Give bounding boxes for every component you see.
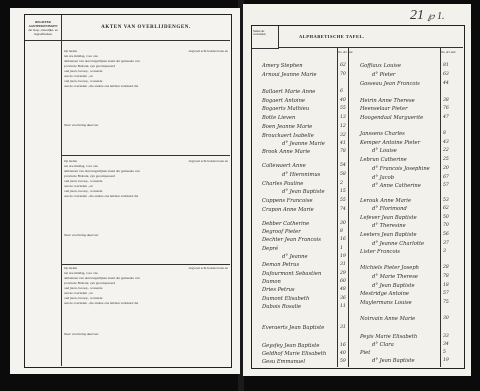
index-entry-number: 41 bbox=[340, 141, 346, 146]
entry-line: aan de overleden , die andere ons hebben… bbox=[64, 194, 230, 199]
column-divider bbox=[440, 48, 441, 367]
index-entry-name: d° Jean Baptiste bbox=[372, 283, 415, 289]
index-entry-number: 70 bbox=[443, 223, 449, 228]
index-entry-number: 78 bbox=[340, 149, 346, 154]
index-entry-name: Amery Stephen bbox=[262, 63, 303, 69]
index-entry-number: 28 bbox=[443, 265, 449, 270]
death-record-entry: dagwaal acht honderd een en Op heden ten… bbox=[64, 266, 230, 337]
index-entry-number: 18 bbox=[443, 283, 449, 288]
index-entry-name: Kemper Antoine Pieter bbox=[360, 140, 420, 146]
entry-date-note: dagwaal acht honderd een en bbox=[189, 159, 228, 164]
entry-line: aan de overleden , die andere ons hebben… bbox=[64, 301, 230, 306]
index-entry-name: d° Hieronimus bbox=[282, 172, 320, 178]
index-entry-number: 5 bbox=[443, 350, 446, 355]
index-entry-number: 62 bbox=[443, 206, 449, 211]
index-entry-number: 33 bbox=[443, 334, 449, 339]
index-entry-number: 32 bbox=[340, 133, 346, 138]
index-entry-name: Mestridge Antoine bbox=[360, 291, 409, 297]
index-entry-number: 38 bbox=[443, 98, 449, 103]
index-entry-number: 19 bbox=[340, 254, 346, 259]
index-entry-name: Debber Catherine bbox=[262, 221, 309, 227]
index-entry-number: 58 bbox=[340, 172, 346, 177]
index-entry-number: 11 bbox=[340, 304, 346, 309]
index-entry-number: 47 bbox=[443, 115, 449, 120]
index-entry-name: Botte Lieven bbox=[262, 115, 295, 121]
index-entry-name: Dubois Rosalie bbox=[262, 304, 301, 310]
index-entry-number: 81 bbox=[443, 63, 449, 68]
index-entry-number: 25 bbox=[443, 157, 449, 162]
index-entry-number: 62 bbox=[340, 63, 346, 68]
index-entry-number: 76 bbox=[443, 106, 449, 111]
index-entry-number: 55 bbox=[340, 198, 346, 203]
entry-divider bbox=[62, 264, 230, 265]
index-entry-name: d° Francois Josephine bbox=[372, 166, 430, 172]
index-entry-name: Geldhof Marie Elisabeth bbox=[262, 351, 326, 357]
index-entry-number: 13 bbox=[340, 115, 346, 120]
index-entry-name: Dumont Elisabeth bbox=[262, 296, 309, 302]
index-entry-number: 75 bbox=[443, 300, 449, 305]
index-entry-number: 40 bbox=[340, 351, 346, 356]
index-entry-number: 78 bbox=[443, 274, 449, 279]
col-number-header: No. der akte bbox=[338, 50, 353, 54]
index-entry-number: 29 bbox=[340, 271, 346, 276]
index-entry-name: Dumon bbox=[262, 279, 281, 285]
index-entry-name: Goffiaux Louise bbox=[360, 63, 401, 69]
column-divider bbox=[337, 48, 338, 367]
index-entry-name: Dries Petrus bbox=[262, 287, 295, 293]
index-entry-name: Ballaert Marie Anne bbox=[262, 89, 315, 95]
index-entry-name: Brouckaert Isabelle bbox=[262, 133, 314, 139]
column-divider bbox=[348, 48, 349, 367]
index-entry-name: Everaerts Jean Baptiste bbox=[262, 325, 324, 331]
page-number: 21 ℘ 1. bbox=[410, 8, 444, 24]
index-entry-name: Lefever Jean Baptiste bbox=[360, 215, 417, 221]
index-entry-number: 1 bbox=[340, 246, 343, 251]
index-entry-number: 44 bbox=[443, 81, 449, 86]
index-entry-name: Muylermans Louise bbox=[360, 300, 412, 306]
index-entry-name: d° Jeanne Marie bbox=[282, 141, 325, 147]
index-entry-name: Gesu Emmanuel bbox=[262, 359, 305, 365]
left-header-box: REGISTER AANTEEKENINGEN der doop-, huwel… bbox=[25, 15, 62, 41]
index-entry-name: Geysfey Jean Baptiste bbox=[262, 343, 319, 349]
index-entry-number: 54 bbox=[340, 163, 346, 168]
index-entry-number: 57 bbox=[443, 183, 449, 188]
index-entry-name: Deman Petrus bbox=[262, 262, 299, 268]
index-entry-number: 60 bbox=[340, 279, 346, 284]
index-entry-name: Depré bbox=[262, 246, 278, 252]
index-entry-name: Piet bbox=[360, 350, 370, 356]
index-entry-name: Peyis Marie Elisabeth bbox=[360, 334, 417, 340]
index-entry-name: d° Jean Baptiste bbox=[372, 358, 415, 364]
index-entry-number: 34 bbox=[443, 342, 449, 347]
index-entry-name: d° Jacob bbox=[372, 175, 394, 181]
entry-date-note: dagwaal acht honderd een en bbox=[189, 49, 228, 54]
index-entry-name: Heirin Anne Therese bbox=[360, 98, 415, 104]
left-page-title: AKTEN VAN OVERLIJDENGEN. bbox=[62, 15, 230, 41]
index-entry-name: Callewaert Anne bbox=[262, 163, 306, 169]
index-entry-number: 63 bbox=[443, 72, 449, 77]
index-entry-name: Bogaerts Mathieu bbox=[262, 106, 309, 112]
index-entry-name: Cuppens Francoise bbox=[262, 198, 313, 204]
index-entry-number: 56 bbox=[443, 232, 449, 237]
index-entry-name: Crapon Anne Marie bbox=[262, 207, 314, 213]
index-entry-number: 8 bbox=[340, 229, 343, 234]
index-entry-number: 37 bbox=[443, 241, 449, 246]
index-entry-name: d° Jean Baptiste bbox=[282, 189, 325, 195]
index-entry-name: Janssens Charles bbox=[360, 131, 405, 137]
index-entry-number: 2 bbox=[340, 181, 343, 186]
entry-closing: Naar voorlezing daarvan bbox=[64, 233, 230, 238]
index-entry-number: 15 bbox=[340, 189, 346, 194]
index-entry-name: d° Jeanne Charlotte bbox=[372, 241, 424, 247]
index-entry-number: 30 bbox=[443, 316, 449, 321]
index-entry-number: 57 bbox=[443, 291, 449, 296]
index-entry-number: 55 bbox=[340, 106, 346, 111]
index-entry-name: d° Florimond bbox=[372, 206, 407, 212]
index-entry-name: Lister Francois bbox=[360, 249, 400, 255]
index-entry-number: 53 bbox=[443, 198, 449, 203]
index-entry-number: 6 bbox=[340, 89, 343, 94]
index-entry-number: 16 bbox=[340, 343, 346, 348]
entry-divider bbox=[62, 155, 230, 156]
page-mark: ℘ 1. bbox=[428, 11, 445, 22]
left-margin-column bbox=[61, 40, 62, 366]
index-entry-name: d° Clara bbox=[372, 342, 394, 348]
index-title: ALPHABETISCHE TAFEL. bbox=[279, 26, 463, 48]
index-entry-number: 12 bbox=[340, 124, 346, 129]
index-entry-name: Degroof Pieter bbox=[262, 229, 301, 235]
index-entry-name: Michiels Pieter Joseph bbox=[360, 265, 419, 271]
index-entry-number: 20 bbox=[443, 166, 449, 171]
index-entry-number: 50 bbox=[443, 215, 449, 220]
index-entry-name: d° Louise bbox=[372, 148, 397, 154]
index-entry-name: Arnoui Jeanne Marie bbox=[262, 72, 317, 78]
index-entry-number: 22 bbox=[443, 148, 449, 153]
left-header-label: REGISTER AANTEEKENINGEN bbox=[25, 20, 61, 28]
left-header-sublabel: der doop-, huwelijks- en begraafboeken bbox=[25, 28, 61, 36]
index-entry-number: 40 bbox=[340, 98, 346, 103]
index-entry-name: Noirvain Anne Marie bbox=[360, 316, 415, 322]
index-entry-number: 16 bbox=[340, 237, 346, 242]
entry-closing: Naar voorlezing daarvan bbox=[64, 332, 230, 337]
index-entry-number: 19 bbox=[443, 358, 449, 363]
index-entry-number: 3 bbox=[443, 249, 446, 254]
index-entry-number: 43 bbox=[443, 140, 449, 145]
index-entry-number: 36 bbox=[340, 296, 346, 301]
index-entry-name: Bogaert Antoine bbox=[262, 98, 305, 104]
right-header-box: Namen der overledenen bbox=[252, 26, 279, 49]
entry-date-note: dagwaal acht honderd een en bbox=[189, 266, 228, 271]
index-entry-name: d° Pieter bbox=[372, 72, 395, 78]
entry-closing: Naar voorlezing daarvan bbox=[64, 123, 230, 128]
index-entry-name: Dechter Jean Francois bbox=[262, 237, 321, 243]
index-entry-number: 31 bbox=[340, 325, 346, 330]
index-entry-number: 59 bbox=[340, 359, 346, 364]
index-entry-name: d° Marie Therese bbox=[372, 274, 418, 280]
index-entry-name: Lerouk Anne Marie bbox=[360, 198, 411, 204]
index-entry-name: Brook Anne Marie bbox=[262, 149, 310, 155]
index-entry-name: Leeters Jean Baptiste bbox=[360, 232, 417, 238]
index-entry-number: 74 bbox=[340, 207, 346, 212]
col-number-header: No. der akte bbox=[441, 50, 456, 54]
index-entry-number: 70 bbox=[340, 72, 346, 77]
death-record-entry: dagwaal acht honderd een en Op heden ten… bbox=[64, 49, 230, 128]
index-entry-name: Lebrun Catherine bbox=[360, 157, 407, 163]
index-entry-name: Heenselaar Pieter bbox=[360, 106, 408, 112]
index-entry-name: d° Theresine bbox=[372, 223, 406, 229]
index-entry-name: d° Jeanne bbox=[282, 254, 308, 260]
index-entry-name: Hoogendaal Marguerite bbox=[360, 115, 423, 121]
index-entry-name: d° Anne Catherine bbox=[372, 183, 421, 189]
index-entry-name: Charles Pauline bbox=[262, 181, 303, 187]
death-record-entry: dagwaal acht honderd een en Op heden ten… bbox=[64, 159, 230, 238]
index-entry-number: 31 bbox=[340, 262, 346, 267]
index-entry-name: Dufourmont Sebastien bbox=[262, 271, 321, 277]
index-entry-number: 8 bbox=[443, 131, 446, 136]
index-entry-name: Boen Jeanne Marie bbox=[262, 124, 312, 130]
index-entry-number: 67 bbox=[443, 175, 449, 180]
entry-line: aan de overleden , die andere ons hebben… bbox=[64, 84, 230, 89]
index-entry-name: Gosseau Jean Francois bbox=[360, 81, 420, 87]
index-entry-number: 48 bbox=[340, 287, 346, 292]
index-entry-number: 30 bbox=[340, 221, 346, 226]
